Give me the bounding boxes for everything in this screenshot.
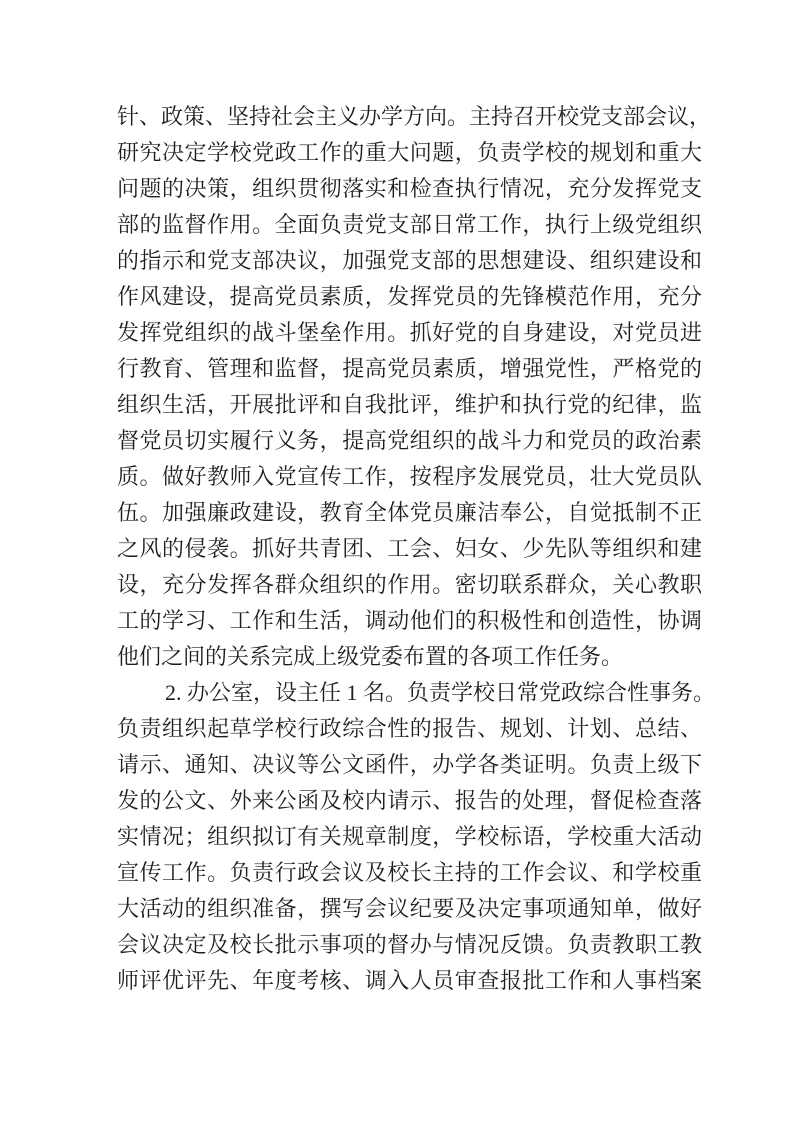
text-line: 督党员切实履行义务，提高党组织的战斗力和党员的政治素 [117,423,702,459]
text-line: 问题的决策，组织贯彻落实和检查执行情况，充分发挥党支 [117,171,702,207]
text-line: 大活动的组织准备，撰写会议纪要及决定事项通知单，做好 [117,891,702,927]
text-line: 请示、通知、决议等公文函件，办学各类证明。负责上级下 [117,747,702,783]
text-line: 会议决定及校长批示事项的督办与情况反馈。负责教职工教 [117,927,702,963]
text-line: 之风的侵袭。抓好共青团、工会、妇女、少先队等组织和建 [117,531,702,567]
text-line: 师评优评先、年度考核、调入人员审查报批工作和人事档案 [117,963,702,999]
text-line: 发挥党组织的战斗堡垒作用。抓好党的自身建设，对党员进 [117,315,702,351]
text-line: 质。做好教师入党宣传工作，按程序发展党员，壮大党员队 [117,459,702,495]
text-line: 部的监督作用。全面负责党支部日常工作，执行上级党组织 [117,207,702,243]
text-line: 伍。加强廉政建设，教育全体党员廉洁奉公，自觉抵制不正 [117,495,702,531]
text-line: 作风建设，提高党员素质，发挥党员的先锋模范作用，充分 [117,279,702,315]
text-line: 针、政策、坚持社会主义办学方向。主持召开校党支部会议， [117,99,702,135]
text-line: 工的学习、工作和生活，调动他们的积极性和创造性，协调 [117,603,702,639]
text-line: 负责组织起草学校行政综合性的报告、规划、计划、总结、 [117,711,702,747]
text-line-paragraph-start: 2. 办公室，设主任 1 名。负责学校日常党政综合性事务。 [117,675,702,711]
document-text-block: 针、政策、坚持社会主义办学方向。主持召开校党支部会议， 研究决定学校党政工作的重… [117,99,702,999]
text-line: 研究决定学校党政工作的重大问题，负责学校的规划和重大 [117,135,702,171]
text-line: 发的公文、外来公函及校内请示、报告的处理，督促检查落 [117,783,702,819]
text-line: 实情况；组织拟订有关规章制度，学校标语，学校重大活动 [117,819,702,855]
text-line: 行教育、管理和监督，提高党员素质，增强党性，严格党的 [117,351,702,387]
text-line: 宣传工作。负责行政会议及校长主持的工作会议、和学校重 [117,855,702,891]
document-page: 针、政策、坚持社会主义办学方向。主持召开校党支部会议， 研究决定学校党政工作的重… [0,0,793,1122]
text-line-paragraph-end: 他们之间的关系完成上级党委布置的各项工作任务。 [117,639,702,675]
text-line: 的指示和党支部决议，加强党支部的思想建设、组织建设和 [117,243,702,279]
text-line: 组织生活，开展批评和自我批评，维护和执行党的纪律，监 [117,387,702,423]
text-line: 设，充分发挥各群众组织的作用。密切联系群众，关心教职 [117,567,702,603]
